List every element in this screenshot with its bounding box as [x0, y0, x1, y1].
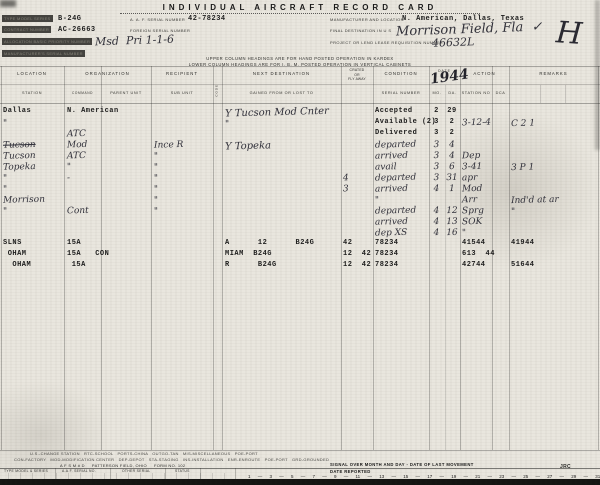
cell-command: - [67, 173, 100, 184]
cell-gained: R B24G [225, 261, 339, 269]
cell-remarks: " [511, 205, 596, 217]
cell-station: " [3, 172, 63, 184]
cell-command: ATC [67, 129, 100, 140]
cell-cond: arrived [375, 216, 427, 227]
cell-gained: A 12 B24G [225, 239, 339, 247]
strip-label-status: STATUS [175, 469, 190, 473]
cell-station: " [3, 183, 63, 195]
cell-mo: 4 [429, 206, 444, 216]
grid-line [565, 85, 566, 103]
cell-station: Dallas [3, 107, 63, 115]
grid-line [460, 66, 461, 450]
cell-cond: dep XS [375, 227, 427, 238]
cell-cond: avail [375, 161, 427, 172]
cell-da: 31 [445, 173, 459, 183]
cell-mo: 2 [429, 107, 444, 115]
cell-crated: 3 [343, 184, 371, 195]
cell-crated: 12 42 [343, 250, 371, 258]
strip-label-aaf-serial: A.A.F. SERIAL NO. [62, 469, 96, 473]
cell-da: 12 [445, 206, 459, 216]
cell-sub: " [154, 194, 212, 206]
cell-mo: 3 [429, 118, 444, 126]
cell-action: Dep [462, 151, 491, 162]
cell-remarks: C 2 1 [511, 117, 596, 129]
cell-station: Topeka [3, 161, 63, 173]
cell-gained: " [225, 117, 339, 130]
grid-line [598, 66, 599, 450]
cell-mo: 3 [429, 151, 444, 161]
grid-line [0, 103, 600, 104]
cell-da: 2 [445, 118, 459, 126]
grid-line [509, 66, 510, 450]
cell-command: 15A [67, 261, 100, 269]
cell-station: Tucson [3, 150, 63, 162]
grid-line [110, 468, 111, 479]
cell-remarks: 51644 [511, 261, 596, 269]
grid-line [540, 85, 541, 103]
cell-gained: Y Topeka [225, 139, 339, 153]
cell-remarks: 3 P 1 [511, 161, 596, 173]
cell-da: 2 [445, 129, 459, 137]
cell-crated: 42 [343, 239, 371, 247]
cell-command: " [67, 162, 100, 173]
strip-label-type: TYPE MODEL & SERIES [4, 469, 48, 473]
cell-mo: 4 [429, 228, 444, 238]
cell-mo: 4 [429, 184, 444, 194]
cell-action: SOK [462, 217, 491, 228]
cell-cond: 78234 [375, 250, 427, 258]
cell-command: N. American [67, 107, 100, 115]
cell-action: Mod [462, 184, 491, 195]
cell-command: ATC [67, 151, 100, 162]
grid-line [373, 66, 374, 450]
grid-line [0, 84, 600, 85]
footer-signal-line: SIGNAL OVER MONTH AND DAY - DATE OF LAST… [330, 462, 474, 467]
cell-command: 15A [67, 239, 100, 247]
cell-cond: Delivered [375, 129, 427, 137]
cell-sub: " [154, 205, 212, 217]
grid-line [492, 66, 493, 450]
cell-cond: departed [375, 172, 427, 183]
grid-line [222, 66, 223, 450]
grid-line [445, 85, 446, 450]
cell-cond: arrived [375, 183, 427, 194]
cell-station: SLNS [3, 239, 63, 247]
cell-action: 42744 [462, 261, 491, 269]
cell-sub: " [154, 150, 212, 162]
cell-sub: Ince R [154, 139, 212, 151]
cell-cond: Accepted [375, 107, 427, 115]
grid-line [151, 66, 152, 450]
cell-station: Morrison [3, 194, 63, 206]
scan-bottom-bar [0, 479, 600, 485]
table-body: DallasN. AmericanY Tucson Mod CnterAccep… [0, 0, 600, 485]
cell-cond: departed [375, 139, 427, 150]
cell-remarks: 41944 [511, 239, 596, 247]
cell-cond: Available (2) [375, 118, 427, 126]
cell-sub: " [154, 183, 212, 195]
grid-line [64, 66, 65, 450]
cell-crated: 4 [343, 173, 371, 184]
cell-da: 4 [445, 151, 459, 161]
grid-line [0, 66, 600, 67]
cell-command: Cont [67, 206, 100, 217]
cell-action: 3-41 [462, 162, 491, 173]
cell-mo: 3 [429, 173, 444, 183]
cell-action: 41544 [462, 239, 491, 247]
cell-cond: 78234 [375, 261, 427, 269]
grid-line [235, 468, 236, 479]
cell-gained: MIAM B24G [225, 250, 339, 258]
strip-label-other-serial: OTHER SERIAL [122, 469, 150, 473]
cell-da: 13 [445, 217, 459, 227]
aircraft-record-card-scan: INDIVIDUAL AIRCRAFT RECORD CARD TYPE MOD… [0, 0, 600, 485]
cell-cond: " [375, 194, 427, 205]
grid-line [101, 66, 102, 450]
footer-initials: JRC [560, 464, 571, 470]
cell-cond: departed [375, 205, 427, 216]
cell-da: 16 [445, 228, 459, 238]
cell-station: OHAM [3, 261, 63, 269]
cell-action: 613 44 [462, 250, 491, 258]
grid-line [213, 66, 214, 450]
cell-da: 4 [445, 140, 459, 150]
footer-legend-1: U.S.-CHANGE STATION RTC-SCHOOL PORTS-CHI… [30, 451, 258, 456]
cell-mo: 3 [429, 140, 444, 150]
grid-line [429, 66, 430, 450]
cell-action: " [462, 228, 491, 239]
cell-sub: " [154, 172, 212, 184]
cell-da: 29 [445, 107, 459, 115]
cell-command: Mod [67, 140, 100, 151]
cell-action: 3-12-4 [462, 118, 491, 129]
cell-station: OHAM [3, 250, 63, 258]
cell-mo: 3 [429, 162, 444, 172]
cell-crated: 12 42 [343, 261, 371, 269]
footer-legend-2: CON-FACTORY MOD-MODIFICATION CENTER DEP-… [14, 457, 329, 462]
grid-line [341, 66, 342, 450]
cell-action: apr [462, 173, 491, 184]
cell-station: " [3, 117, 63, 129]
grid-line [1, 66, 2, 450]
cell-action: Arr [462, 195, 491, 206]
cell-da: 1 [445, 184, 459, 194]
cell-command: 15A CON [67, 250, 100, 258]
cell-da: 6 [445, 162, 459, 172]
cell-action: Sprg [462, 206, 491, 217]
cell-cond: 78234 [375, 239, 427, 247]
cell-mo: 4 [429, 217, 444, 227]
cell-mo: 3 [429, 129, 444, 137]
cell-station: " [3, 205, 63, 217]
cell-sub: " [154, 161, 212, 173]
grid-line [165, 468, 166, 479]
cell-station: Tucson [3, 139, 63, 151]
cell-cond: arrived [375, 150, 427, 161]
